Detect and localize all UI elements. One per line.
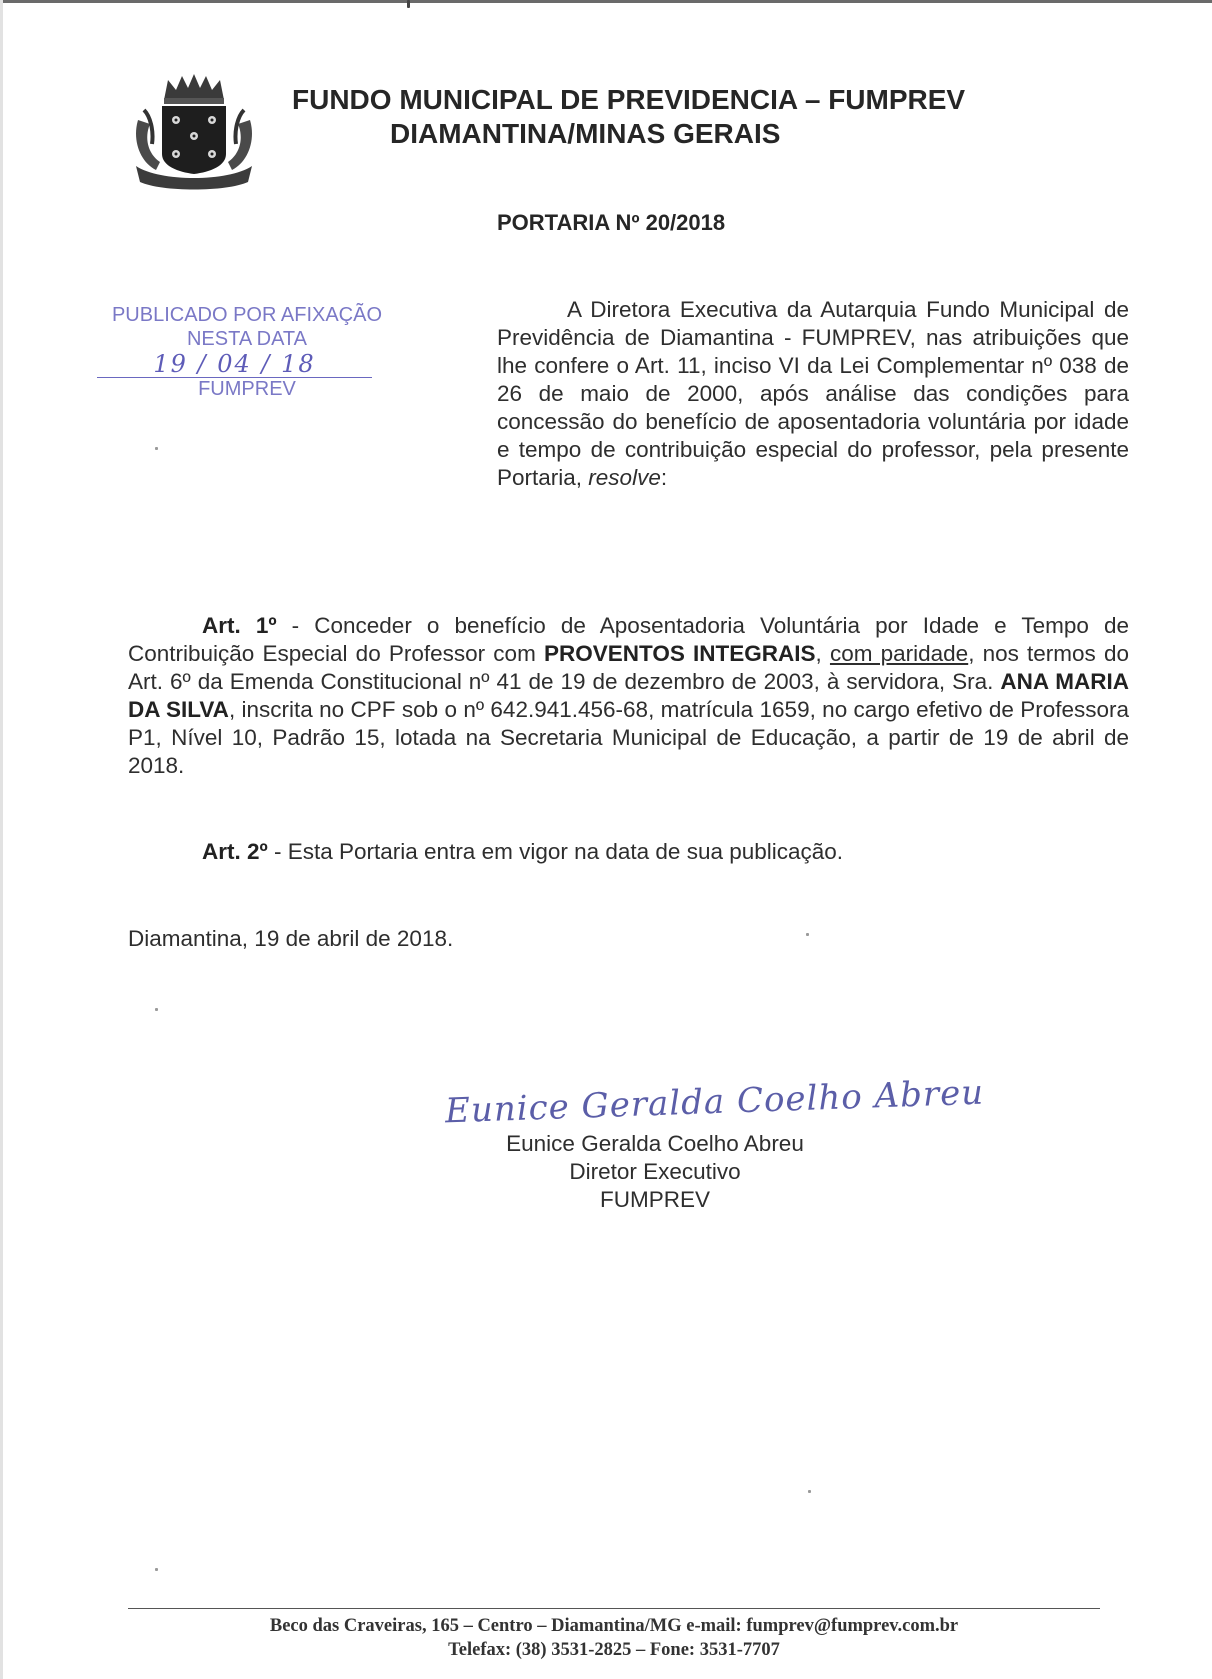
scan-top-edge — [0, 0, 1212, 3]
article-1: Art. 1º - Conceder o benefício de Aposen… — [128, 612, 1129, 780]
signer-name: Eunice Geralda Coelho Abreu — [440, 1130, 870, 1158]
coat-of-arms-icon — [130, 70, 258, 192]
scan-speck — [155, 1008, 158, 1011]
stamp-line2: NESTA DATA — [102, 327, 392, 351]
article-1-label: Art. 1º — [202, 613, 277, 638]
footer: Beco das Craveiras, 165 – Centro – Diama… — [128, 1614, 1100, 1662]
footer-address: Beco das Craveiras, 165 – Centro – Diama… — [128, 1614, 1100, 1638]
handwritten-signature: Eunice Geralda Coelho Abreu — [444, 1073, 984, 1132]
scan-speck — [155, 447, 158, 450]
intro-resolve: resolve — [588, 465, 661, 490]
portaria-title: PORTARIA Nº 20/2018 — [497, 210, 725, 236]
place-date: Diamantina, 19 de abril de 2018. — [128, 926, 453, 952]
signer-role: Diretor Executivo — [440, 1158, 870, 1186]
intro-paragraph: A Diretora Executiva da Autarquia Fundo … — [497, 296, 1129, 492]
proventos-integrais: PROVENTOS INTEGRAIS — [544, 641, 816, 666]
signer-org: FUMPREV — [440, 1186, 870, 1214]
signer-block: Eunice Geralda Coelho Abreu Diretor Exec… — [440, 1130, 870, 1214]
com-paridade: com paridade — [830, 641, 968, 666]
footer-phone: Telefax: (38) 3531-2825 – Fone: 3531-770… — [128, 1638, 1100, 1662]
stamp-date: 19 / 04 / 18 — [97, 351, 372, 378]
scan-speck — [407, 0, 410, 8]
institution-location: DIAMANTINA/MINAS GERAIS — [390, 118, 780, 150]
scan-speck — [155, 1568, 158, 1571]
institution-title: FUNDO MUNICIPAL DE PREVIDENCIA – FUMPREV — [292, 84, 965, 116]
intro-text: A Diretora Executiva da Autarquia Fundo … — [497, 297, 1129, 490]
scan-speck — [806, 933, 809, 936]
stamp-line4: FUMPREV — [102, 378, 392, 400]
stamp-line1: PUBLICADO POR AFIXAÇÃO — [102, 303, 392, 327]
scan-speck — [808, 1490, 811, 1493]
article-2-label: Art. 2º — [202, 839, 268, 864]
article-2: Art. 2º - Esta Portaria entra em vigor n… — [128, 838, 1129, 866]
scan-left-edge — [0, 0, 3, 1679]
footer-divider — [128, 1608, 1100, 1609]
publication-stamp: PUBLICADO POR AFIXAÇÃO NESTA DATA 19 / 0… — [102, 303, 392, 400]
